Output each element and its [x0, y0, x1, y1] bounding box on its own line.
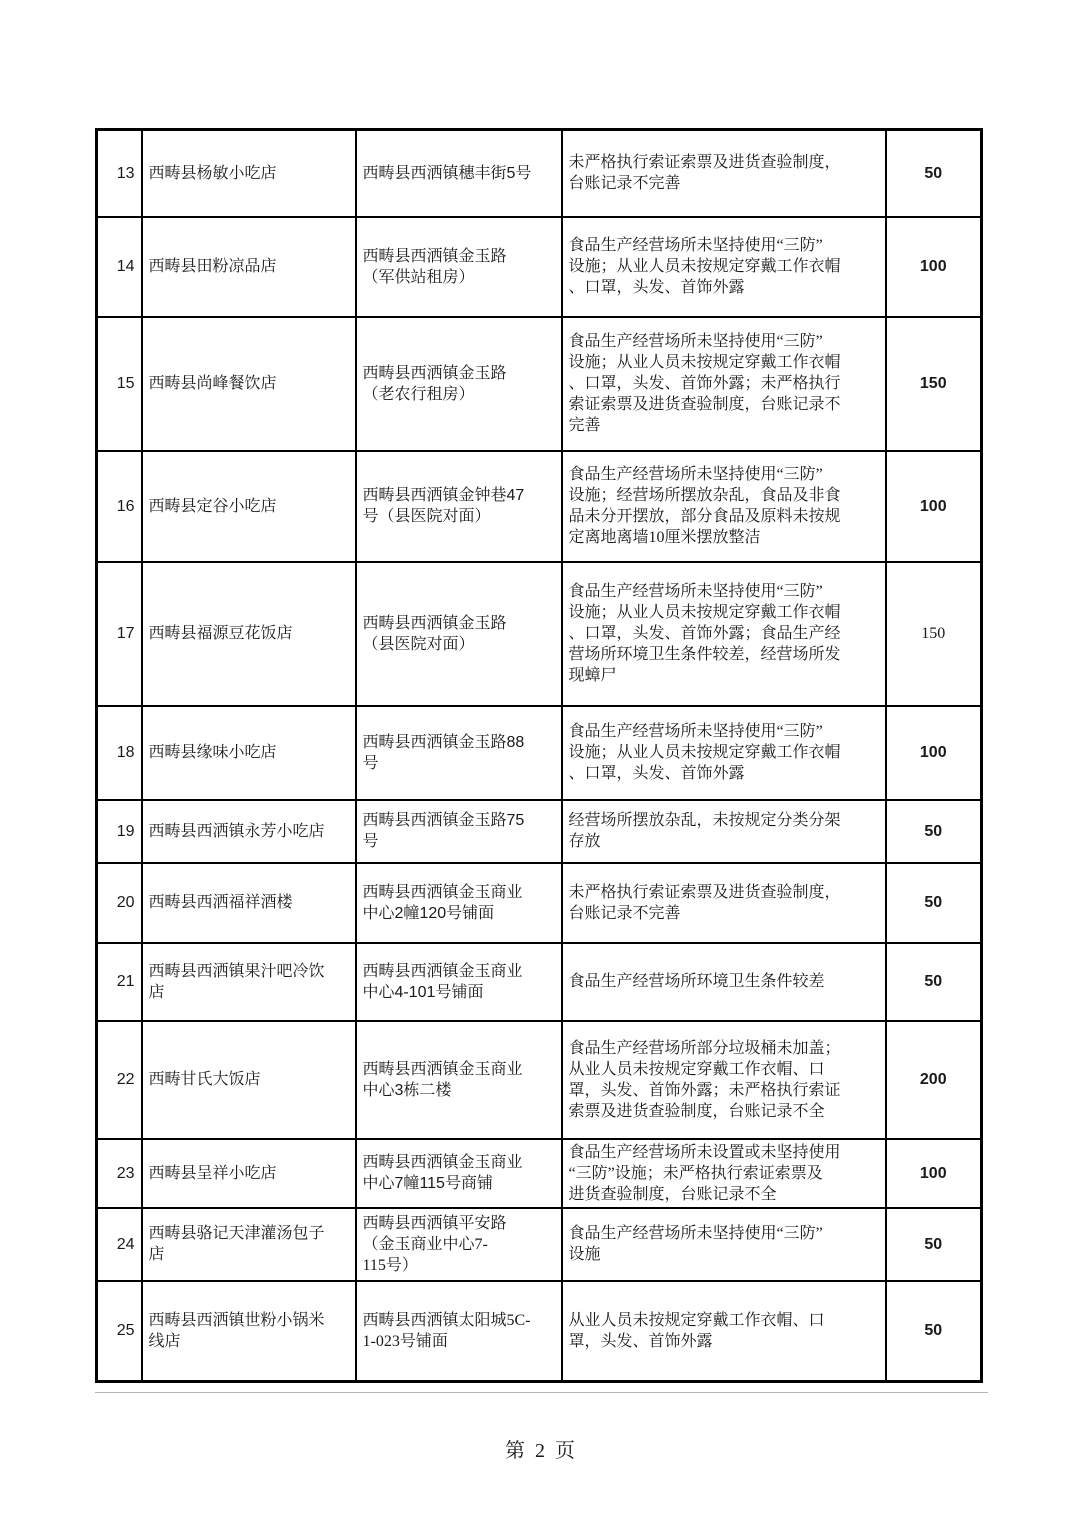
inspection-results-table: 13 西畴县杨敏小吃店 西畴县西洒镇穗丰街5号 未严格执行索证索票及进货查验制度… [95, 128, 983, 1383]
fine-amount-cell: 50 [886, 1208, 982, 1281]
fine-amount-cell: 200 [886, 1021, 982, 1139]
table-row: 21 西畴县西洒镇果汁吧冷饮 店 西畴县西洒镇金玉商业 中心4-101号铺面 食… [97, 943, 982, 1021]
table-row: 15 西畴县尚峰餐饮店 西畴县西洒镇金玉路 （老农行租房） 食品生产经营场所未坚… [97, 317, 982, 451]
row-number-cell: 19 [97, 800, 142, 863]
fine-amount-cell: 150 [886, 562, 982, 706]
table-row: 18 西畴县缘味小吃店 西畴县西洒镇金玉路88 号 食品生产经营场所未坚持使用“… [97, 706, 982, 800]
store-name-cell: 西畴县田粉凉品店 [142, 217, 356, 317]
row-number-cell: 22 [97, 1021, 142, 1139]
address-cell: 西畴县西洒镇金钟巷47 号（县医院对面） [356, 451, 562, 562]
document-page: 13 西畴县杨敏小吃店 西畴县西洒镇穗丰街5号 未严格执行索证索票及进货查验制度… [0, 0, 1080, 1528]
address-cell: 西畴县西洒镇太阳城5C- 1-023号铺面 [356, 1281, 562, 1382]
fine-amount-cell: 50 [886, 863, 982, 943]
violation-cell: 未严格执行索证索票及进货查验制度， 台账记录不完善 [562, 863, 886, 943]
row-number-cell: 23 [97, 1139, 142, 1208]
row-number-cell: 18 [97, 706, 142, 800]
violation-cell: 经营场所摆放杂乱，未按规定分类分架 存放 [562, 800, 886, 863]
table-row: 16 西畴县定谷小吃店 西畴县西洒镇金钟巷47 号（县医院对面） 食品生产经营场… [97, 451, 982, 562]
violation-cell: 未严格执行索证索票及进货查验制度， 台账记录不完善 [562, 130, 886, 217]
address-cell: 西畴县西洒镇金玉路88 号 [356, 706, 562, 800]
row-number-cell: 20 [97, 863, 142, 943]
store-name-cell: 西畴县定谷小吃店 [142, 451, 356, 562]
fine-amount-cell: 150 [886, 317, 982, 451]
store-name-cell: 西畴县骆记天津灌汤包子 店 [142, 1208, 356, 1281]
address-cell: 西畴县西洒镇金玉路 （老农行租房） [356, 317, 562, 451]
page-number: 第 2 页 [0, 1434, 1080, 1463]
fine-amount-cell: 100 [886, 706, 982, 800]
store-name-cell: 西畴甘氏大饭店 [142, 1021, 356, 1139]
row-number-cell: 16 [97, 451, 142, 562]
store-name-cell: 西畴县西洒福祥酒楼 [142, 863, 356, 943]
address-cell: 西畴县西洒镇金玉商业 中心7幢115号商铺 [356, 1139, 562, 1208]
row-number-cell: 21 [97, 943, 142, 1021]
store-name-cell: 西畴县西洒镇世粉小锅米 线店 [142, 1281, 356, 1382]
table-row: 19 西畴县西洒镇永芳小吃店 西畴县西洒镇金玉路75 号 经营场所摆放杂乱，未按… [97, 800, 982, 863]
table-row: 23 西畴县呈祥小吃店 西畴县西洒镇金玉商业 中心7幢115号商铺 食品生产经营… [97, 1139, 982, 1208]
violation-cell: 食品生产经营场所未设置或未坚持使用 “三防”设施；未严格执行索证索票及 进货查验… [562, 1139, 886, 1208]
violation-cell: 食品生产经营场所环境卫生条件较差 [562, 943, 886, 1021]
table-row: 25 西畴县西洒镇世粉小锅米 线店 西畴县西洒镇太阳城5C- 1-023号铺面 … [97, 1281, 982, 1382]
row-number-cell: 17 [97, 562, 142, 706]
store-name-cell: 西畴县杨敏小吃店 [142, 130, 356, 217]
store-name-cell: 西畴县缘味小吃店 [142, 706, 356, 800]
violation-cell: 食品生产经营场所未坚持使用“三防” 设施 [562, 1208, 886, 1281]
table-row: 22 西畴甘氏大饭店 西畴县西洒镇金玉商业 中心3栋二楼 食品生产经营场所部分垃… [97, 1021, 982, 1139]
row-number-cell: 15 [97, 317, 142, 451]
violation-cell: 食品生产经营场所未坚持使用“三防” 设施；从业人员未按规定穿戴工作衣帽 、口罩，… [562, 317, 886, 451]
row-number-cell: 13 [97, 130, 142, 217]
violation-cell: 从业人员未按规定穿戴工作衣帽、口 罩，头发、首饰外露 [562, 1281, 886, 1382]
table-row: 14 西畴县田粉凉品店 西畴县西洒镇金玉路 （军供站租房） 食品生产经营场所未坚… [97, 217, 982, 317]
address-cell: 西畴县西洒镇平安路 （金玉商业中心7- 115号） [356, 1208, 562, 1281]
store-name-cell: 西畴县尚峰餐饮店 [142, 317, 356, 451]
store-name-cell: 西畴县西洒镇永芳小吃店 [142, 800, 356, 863]
table-row: 17 西畴县福源豆花饭店 西畴县西洒镇金玉路 （县医院对面） 食品生产经营场所未… [97, 562, 982, 706]
address-cell: 西畴县西洒镇金玉商业 中心2幢120号铺面 [356, 863, 562, 943]
fine-amount-cell: 50 [886, 943, 982, 1021]
table-bottom-shadow-line [95, 1392, 988, 1393]
address-cell: 西畴县西洒镇金玉路 （县医院对面） [356, 562, 562, 706]
table-row: 20 西畴县西洒福祥酒楼 西畴县西洒镇金玉商业 中心2幢120号铺面 未严格执行… [97, 863, 982, 943]
table-row: 13 西畴县杨敏小吃店 西畴县西洒镇穗丰街5号 未严格执行索证索票及进货查验制度… [97, 130, 982, 217]
store-name-cell: 西畴县福源豆花饭店 [142, 562, 356, 706]
violation-cell: 食品生产经营场所未坚持使用“三防” 设施；从业人员未按规定穿戴工作衣帽 、口罩，… [562, 562, 886, 706]
row-number-cell: 25 [97, 1281, 142, 1382]
violation-cell: 食品生产经营场所未坚持使用“三防” 设施；从业人员未按规定穿戴工作衣帽 、口罩，… [562, 217, 886, 317]
address-cell: 西畴县西洒镇穗丰街5号 [356, 130, 562, 217]
address-cell: 西畴县西洒镇金玉路 （军供站租房） [356, 217, 562, 317]
fine-amount-cell: 50 [886, 1281, 982, 1382]
row-number-cell: 24 [97, 1208, 142, 1281]
violation-cell: 食品生产经营场所部分垃圾桶未加盖； 从业人员未按规定穿戴工作衣帽、口 罩，头发、… [562, 1021, 886, 1139]
store-name-cell: 西畴县呈祥小吃店 [142, 1139, 356, 1208]
violation-cell: 食品生产经营场所未坚持使用“三防” 设施；从业人员未按规定穿戴工作衣帽 、口罩，… [562, 706, 886, 800]
fine-amount-cell: 100 [886, 1139, 982, 1208]
address-cell: 西畴县西洒镇金玉商业 中心4-101号铺面 [356, 943, 562, 1021]
fine-amount-cell: 100 [886, 451, 982, 562]
fine-amount-cell: 50 [886, 130, 982, 217]
address-cell: 西畴县西洒镇金玉商业 中心3栋二楼 [356, 1021, 562, 1139]
fine-amount-cell: 50 [886, 800, 982, 863]
store-name-cell: 西畴县西洒镇果汁吧冷饮 店 [142, 943, 356, 1021]
fine-amount-cell: 100 [886, 217, 982, 317]
address-cell: 西畴县西洒镇金玉路75 号 [356, 800, 562, 863]
table-row: 24 西畴县骆记天津灌汤包子 店 西畴县西洒镇平安路 （金玉商业中心7- 115… [97, 1208, 982, 1281]
row-number-cell: 14 [97, 217, 142, 317]
violation-cell: 食品生产经营场所未坚持使用“三防” 设施；经营场所摆放杂乱，食品及非食 品未分开… [562, 451, 886, 562]
